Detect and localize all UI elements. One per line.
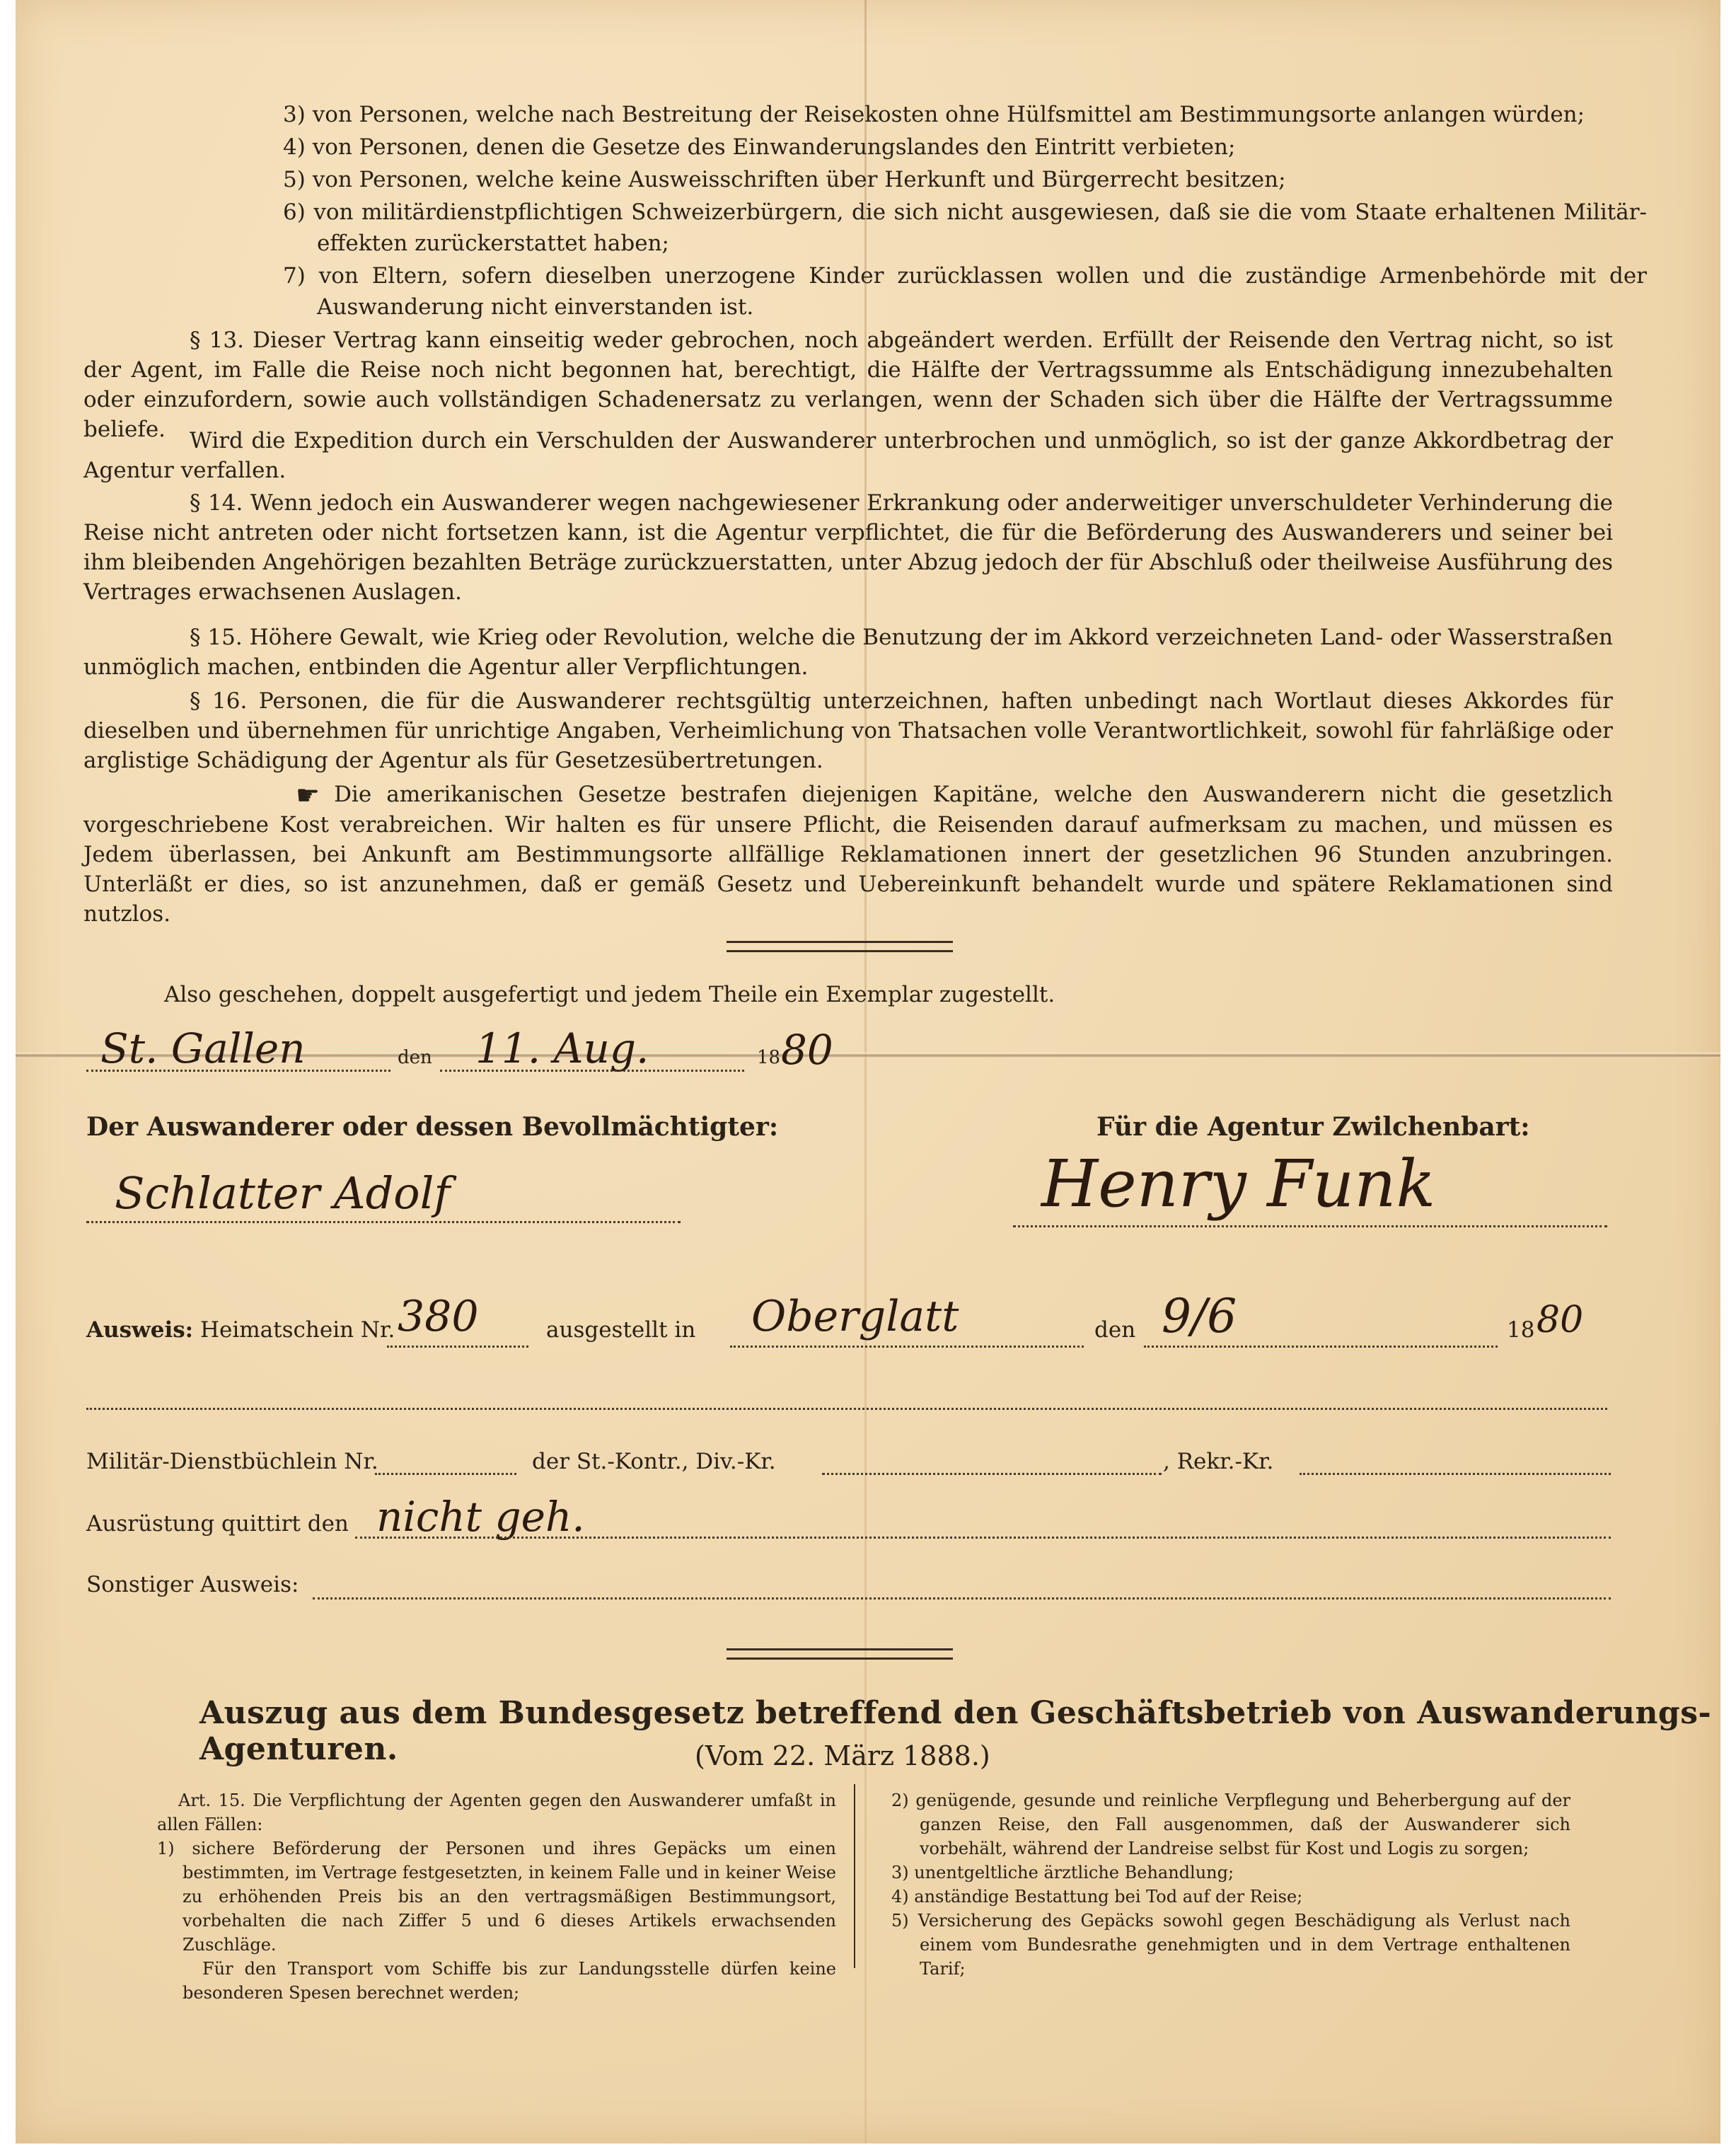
art15-item-5: 5) Versicherung des Gepäcks sowohl gegen… [891,1909,1570,1981]
ausweis-label: Ausweis: Heimatschein Nr. [86,1317,395,1343]
execution-statement: Also geschehen, doppelt ausgefertigt und… [164,982,1055,1007]
sonstiger-label: Sonstiger Ausweis: [86,1572,299,1597]
ausweis-den-label: den [1094,1317,1135,1343]
list-item-5: 5) von Personen, welche keine Ausweissch… [283,164,1627,195]
kontr-field[interactable] [822,1473,1162,1475]
excerpt-right-column: 2) genügende, gesunde und reinliche Verp… [891,1788,1570,1981]
pointing-hand-icon: ☛ [190,780,320,810]
agency-label: Für die Agentur Zwilchenbart: [1096,1112,1530,1142]
ausgestellt-label: ausgestellt in [546,1317,695,1343]
year-handwritten: 80 [781,1026,833,1074]
art15-item-4: 4) anständige Bestattung bei Tod auf der… [891,1885,1570,1909]
agency-signature: Henry Funk [1041,1146,1435,1222]
den-label: den [398,1047,432,1068]
ausweis-year: 80 [1537,1299,1583,1341]
place-line [86,1070,390,1072]
list-item-3: 3) von Personen, welche nach Bestreitung… [283,99,1627,130]
ausruestung-value: nicht geh. [376,1493,585,1541]
ausweis-year-prefix: 18 [1507,1317,1534,1343]
art15-item-3: 3) unentgeltliche ärztliche Behandlung; [891,1861,1570,1885]
excerpt-subtitle: (Vom 22. März 1888.) [695,1740,990,1771]
ausruestung-label: Ausrüstung quittirt den [86,1511,349,1537]
document-page: 3) von Personen, welche nach Bestreitung… [16,0,1720,2144]
date-handwritten: 11. Aug. [475,1024,649,1072]
ausgestellt-place: Oberglatt [751,1292,959,1341]
list-item-4: 4) von Personen, denen die Gesetze des E… [283,132,1627,163]
list-item-7: 7) von Eltern, sofern dieselben unerzoge… [283,260,1647,323]
art15-item-1: 1) sichere Beförderung der Personen und … [157,1836,836,1957]
place-handwritten: St. Gallen [100,1024,306,1072]
heimatschein-number-line [387,1346,528,1348]
kontr-label: der St.-Kontr., Div.-Kr. [532,1449,776,1474]
emigrant-signature: Schlatter Adolf [115,1167,450,1219]
rekr-label: , Rekr.-Kr. [1163,1449,1273,1474]
double-rule-divider [727,941,953,952]
art15-transport-note: Für den Transport vom Schiffe bis zur La… [157,1957,836,2005]
art15-intro: Art. 15. Die Verpflichtung der Agenten g… [157,1788,836,1836]
double-rule-divider-2 [727,1648,953,1660]
ausweis-date: 9/6 [1162,1289,1237,1343]
militaer-label: Militär-Dienstbüchlein Nr. [86,1449,378,1474]
ausweis-date-line [1144,1346,1498,1348]
section-13-forfeit: Wird die Expedition durch ein Verschulde… [83,426,1613,485]
section-14: § 14. Wenn jedoch ein Auswanderer wegen … [83,488,1613,607]
ausweis-extra-line [86,1408,1607,1410]
heimatschein-number: 380 [398,1292,479,1341]
column-divider [854,1784,855,1968]
section-15: § 15. Höhere Gewalt, wie Krieg oder Revo… [83,623,1613,682]
emigrant-label: Der Auswanderer oder dessen Bevollmächti… [86,1112,778,1142]
section-16: § 16. Personen, die für die Auswanderer … [83,686,1613,775]
art15-item-2: 2) genügende, gesunde und reinliche Verp… [891,1788,1570,1861]
year-prefix: 18 [757,1047,780,1068]
militaer-number-field[interactable] [375,1473,516,1475]
sonstiger-field[interactable] [313,1597,1611,1599]
notice-paragraph: ☛Die amerikanischen Gesetze bestrafen di… [83,780,1613,929]
emigrant-signature-line [86,1221,681,1223]
agency-signature-line [1013,1225,1607,1227]
rekr-field[interactable] [1300,1473,1611,1475]
ausruestung-line [355,1537,1611,1539]
date-line [440,1070,744,1072]
ausgestellt-place-line [730,1346,1084,1348]
list-item-6: 6) von militärdienstpflichtigen Schweize… [283,197,1647,259]
excerpt-left-column: Art. 15. Die Verpflichtung der Agenten g… [157,1788,836,2005]
